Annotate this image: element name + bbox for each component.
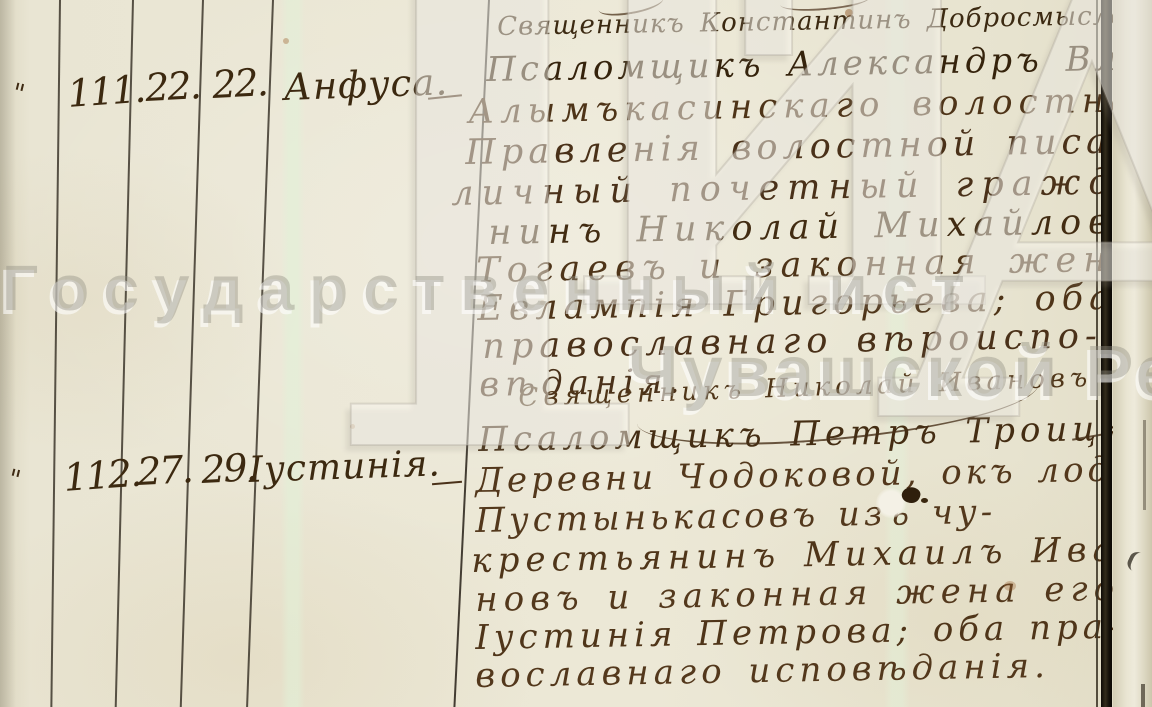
month-ditto-mark: " — [9, 78, 30, 110]
binding-rule-thin — [1096, 0, 1098, 707]
day-baptized: 22. — [211, 60, 268, 107]
infant-name: Анфуса. — [283, 60, 449, 109]
metric-book-scan: " 111. 22. 22. Анфуса. " 112. 27. 29. Іу… — [0, 0, 1152, 707]
binding-edge-line — [1101, 0, 1112, 707]
entry-number: 111. — [66, 67, 145, 116]
column-rule-4 — [246, 0, 274, 707]
month-ditto-mark: " — [5, 464, 26, 496]
gutter-mark — [1141, 684, 1145, 707]
column-rule-1 — [50, 0, 60, 707]
day-born: 27. — [136, 447, 193, 494]
manuscript-line: Священникъ Константинъ Добросмысловъ — [497, 0, 1152, 42]
foxing-speck — [283, 38, 289, 44]
infant-name: Іустинія. — [248, 443, 441, 491]
entry-number: 112. — [62, 451, 141, 500]
foxing-speck — [350, 424, 355, 429]
day-born: 22. — [144, 63, 201, 110]
